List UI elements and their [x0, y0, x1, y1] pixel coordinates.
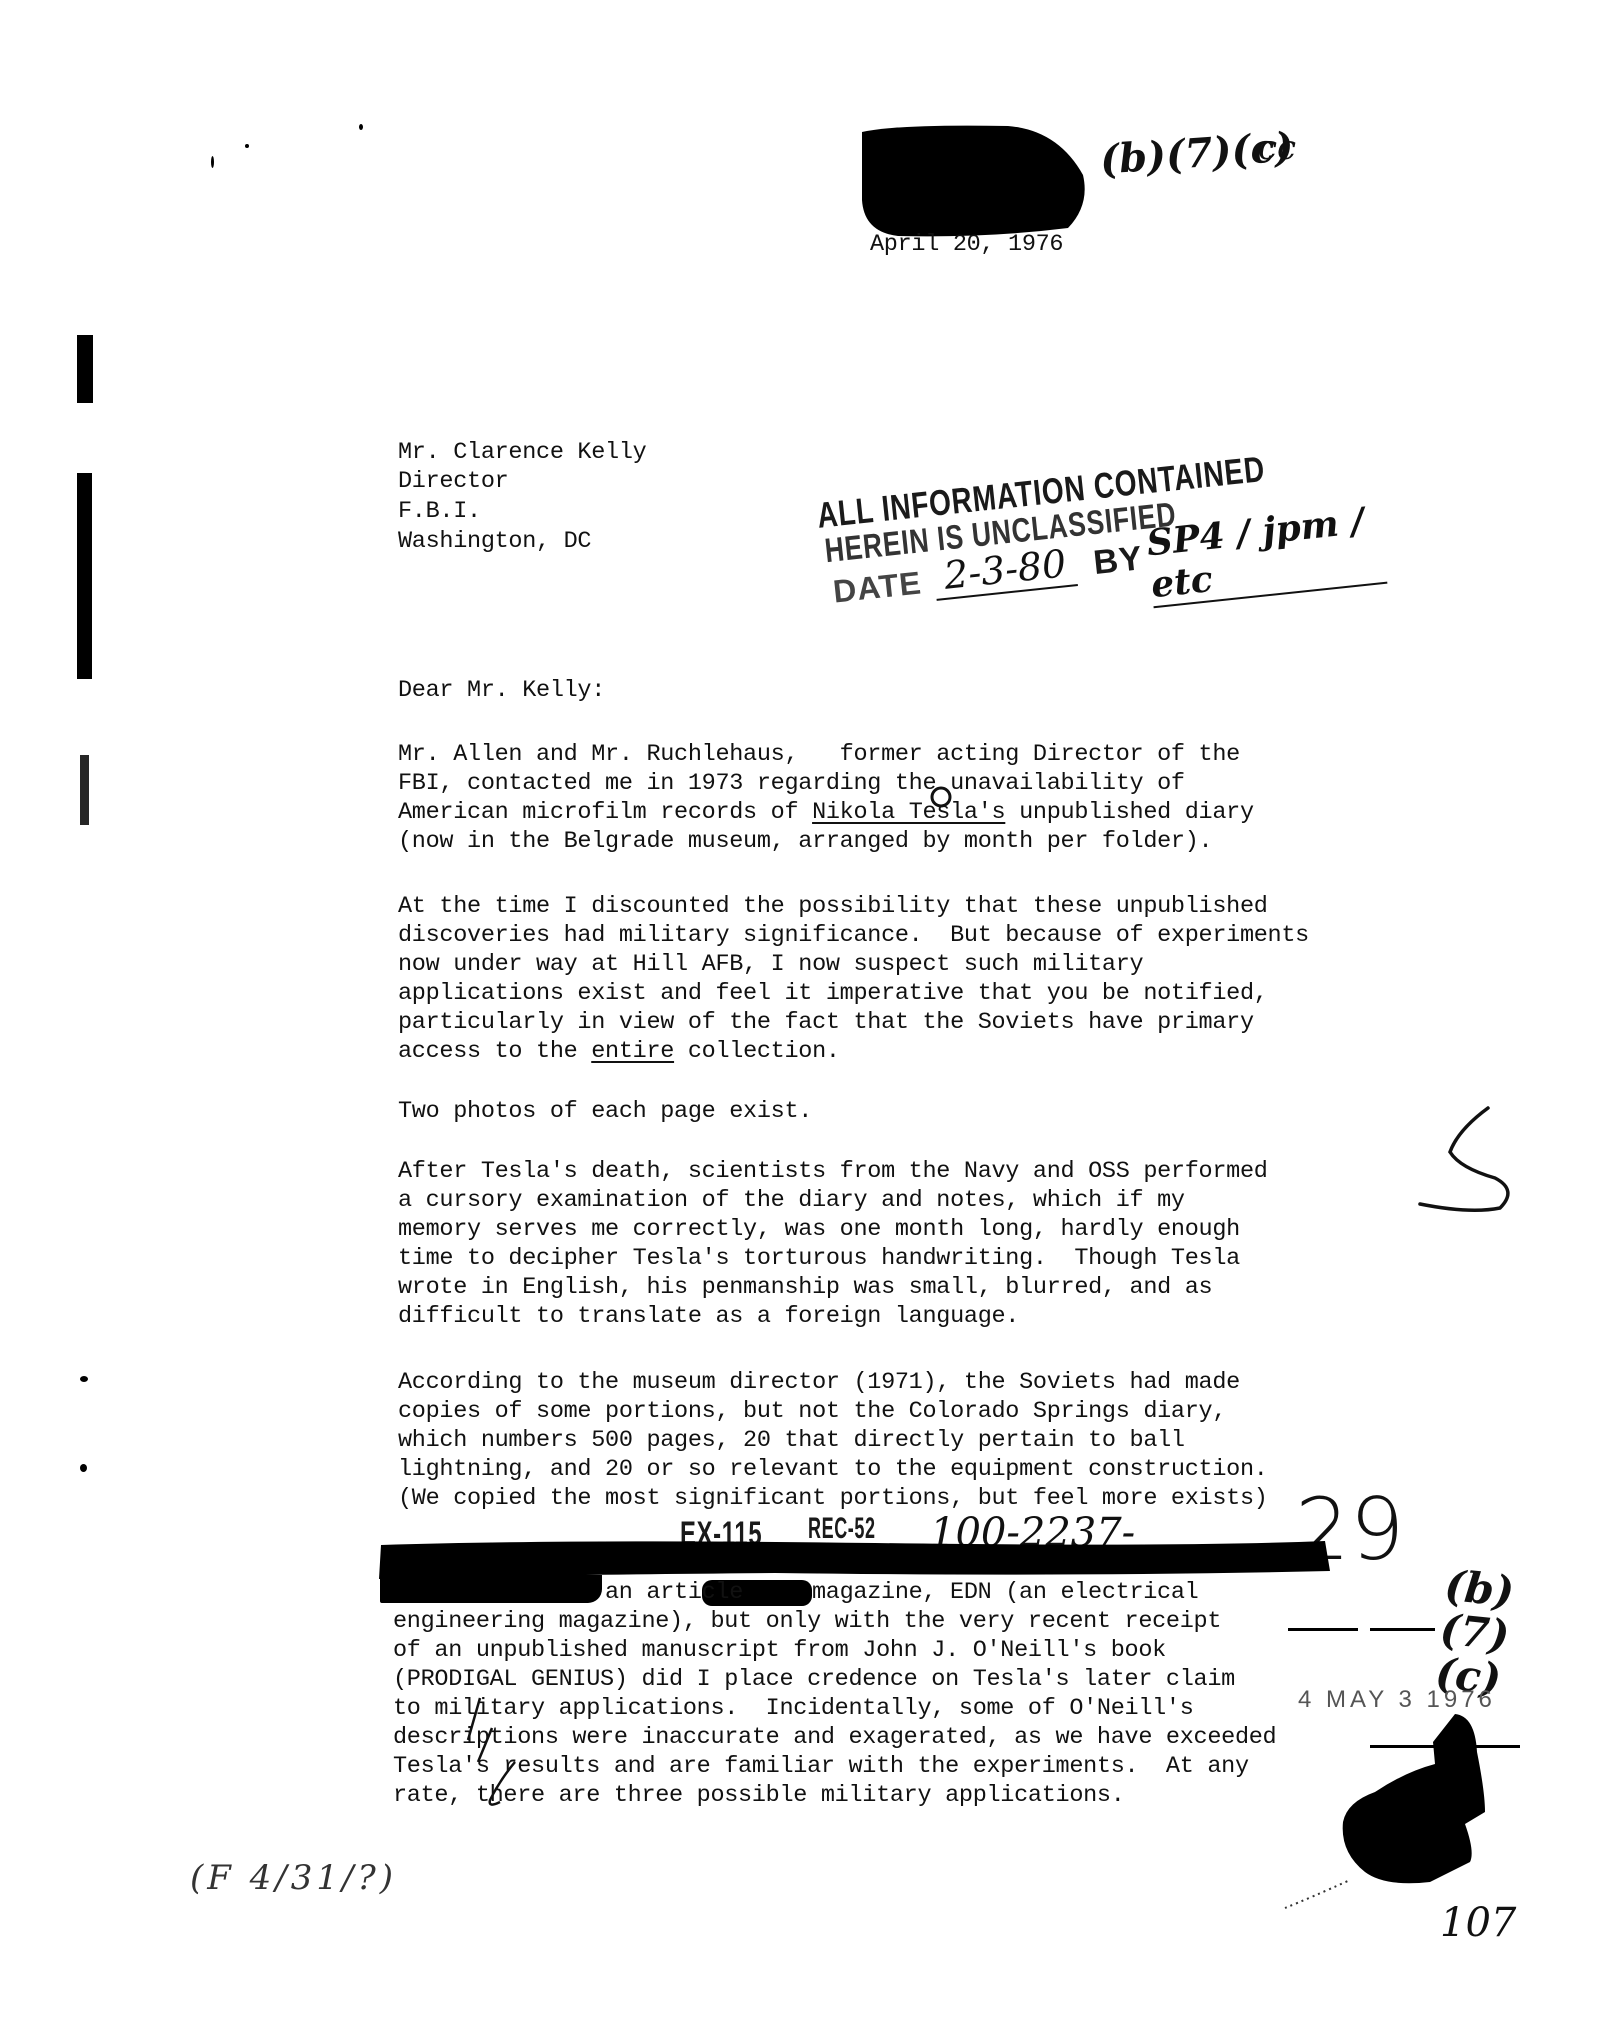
text-line: of an unpublished manuscript from John J…: [393, 1636, 1166, 1666]
handwritten-s-mark: [1400, 1090, 1530, 1220]
paragraph-3: Two photos of each page exist.: [398, 1097, 812, 1127]
text-line: difficult to translate as a foreign lang…: [398, 1302, 1019, 1332]
handwritten-cc-note: cc: [1258, 128, 1296, 168]
handwritten-circle-mark: [928, 784, 954, 810]
text-line: access to the entire collection.: [398, 1037, 840, 1067]
stamp-line-3-label: DATE: [831, 564, 923, 610]
text-line: applications exist and feel it imperativ…: [398, 979, 1268, 1009]
text-line: lightning, and 20 or so relevant to the …: [398, 1455, 1268, 1485]
declassification-stamp: ALL INFORMATION CONTAINED HEREIN IS UNCL…: [815, 436, 1389, 654]
text-line: a cursory examination of the diary and n…: [398, 1186, 1185, 1216]
salutation: Dear Mr. Kelly:: [398, 676, 605, 706]
underlined-word: entire: [591, 1038, 674, 1065]
text-fragment: American microfilm records of: [398, 799, 812, 826]
text-line: (now in the Belgrade museum, arranged by…: [398, 827, 1212, 857]
scan-speck: [359, 124, 363, 130]
margin-line: [1288, 1628, 1358, 1631]
letter-date: April 20, 1976: [870, 230, 1063, 260]
stamp-signature: SP4 / jpm / etc: [1145, 498, 1388, 608]
redaction-blob: [1335, 1712, 1495, 1892]
received-date-stamp: 4 MAY 3 1976: [1298, 1686, 1496, 1714]
page-number-handwritten: 107: [1440, 1900, 1516, 1946]
recipient-name: Mr. Clarence Kelly: [398, 438, 646, 468]
text-fragment: collection.: [674, 1038, 840, 1065]
text-line: discoveries had military significance. B…: [398, 921, 1309, 951]
redaction-block: [858, 120, 1098, 240]
recipient-agency: F.B.I.: [398, 497, 481, 527]
scan-edge-bar: [77, 473, 92, 679]
text-line: wrote in English, his penmanship was sma…: [398, 1273, 1212, 1303]
scan-speck: [80, 1376, 88, 1382]
text-line: copies of some portions, but not the Col…: [398, 1397, 1226, 1427]
text-line: American microfilm records of Nikola Tes…: [398, 798, 1254, 828]
redaction-block: [380, 1575, 602, 1603]
text-line: now under way at Hill AFB, I now suspect…: [398, 950, 1143, 980]
text-fragment: magazine, EDN (an electrical: [812, 1578, 1198, 1608]
text-line: FBI, contacted me in 1973 regarding the …: [398, 769, 1185, 799]
text-line: Mr. Allen and Mr. Ruchlehaus, former act…: [398, 740, 1240, 770]
handwritten-strike-marks: [430, 1690, 570, 1820]
text-line: (We copied the most significant portions…: [398, 1484, 1268, 1514]
text-fragment: an article: [605, 1578, 743, 1608]
document-page: April 20, 1976 (b)(7)(c) cc Mr. Clarence…: [0, 0, 1600, 2038]
scan-speck: [245, 144, 249, 148]
text-line: After Tesla's death, scientists from the…: [398, 1157, 1268, 1187]
text-line: which numbers 500 pages, 20 that directl…: [398, 1426, 1185, 1456]
text-line: At the time I discounted the possibility…: [398, 892, 1268, 922]
margin-line: [1370, 1628, 1435, 1631]
dotted-trail-mark: [1280, 1868, 1360, 1918]
text-fragment: access to the: [398, 1038, 591, 1065]
scan-edge-bar: [80, 755, 89, 825]
scan-edge-bar: [77, 335, 93, 403]
text-line: memory serves me correctly, was one mont…: [398, 1215, 1240, 1245]
recipient-title: Director: [398, 467, 508, 497]
text-fragment: unpublished diary: [1005, 799, 1253, 826]
stamp-by-label: BY: [1092, 539, 1145, 583]
text-line: engineering magazine), but only with the…: [393, 1607, 1221, 1637]
underlined-name: Nikola Tesla's: [812, 799, 1005, 826]
scan-speck: [80, 1464, 87, 1472]
scan-speck: [211, 156, 214, 168]
handwritten-bottom-note: (F 4/31/?): [190, 1858, 397, 1898]
recipient-city: Washington, DC: [398, 527, 591, 557]
text-line: According to the museum director (1971),…: [398, 1368, 1240, 1398]
text-line: particularly in view of the fact that th…: [398, 1008, 1254, 1038]
text-line: time to decipher Tesla's torturous handw…: [398, 1244, 1240, 1274]
